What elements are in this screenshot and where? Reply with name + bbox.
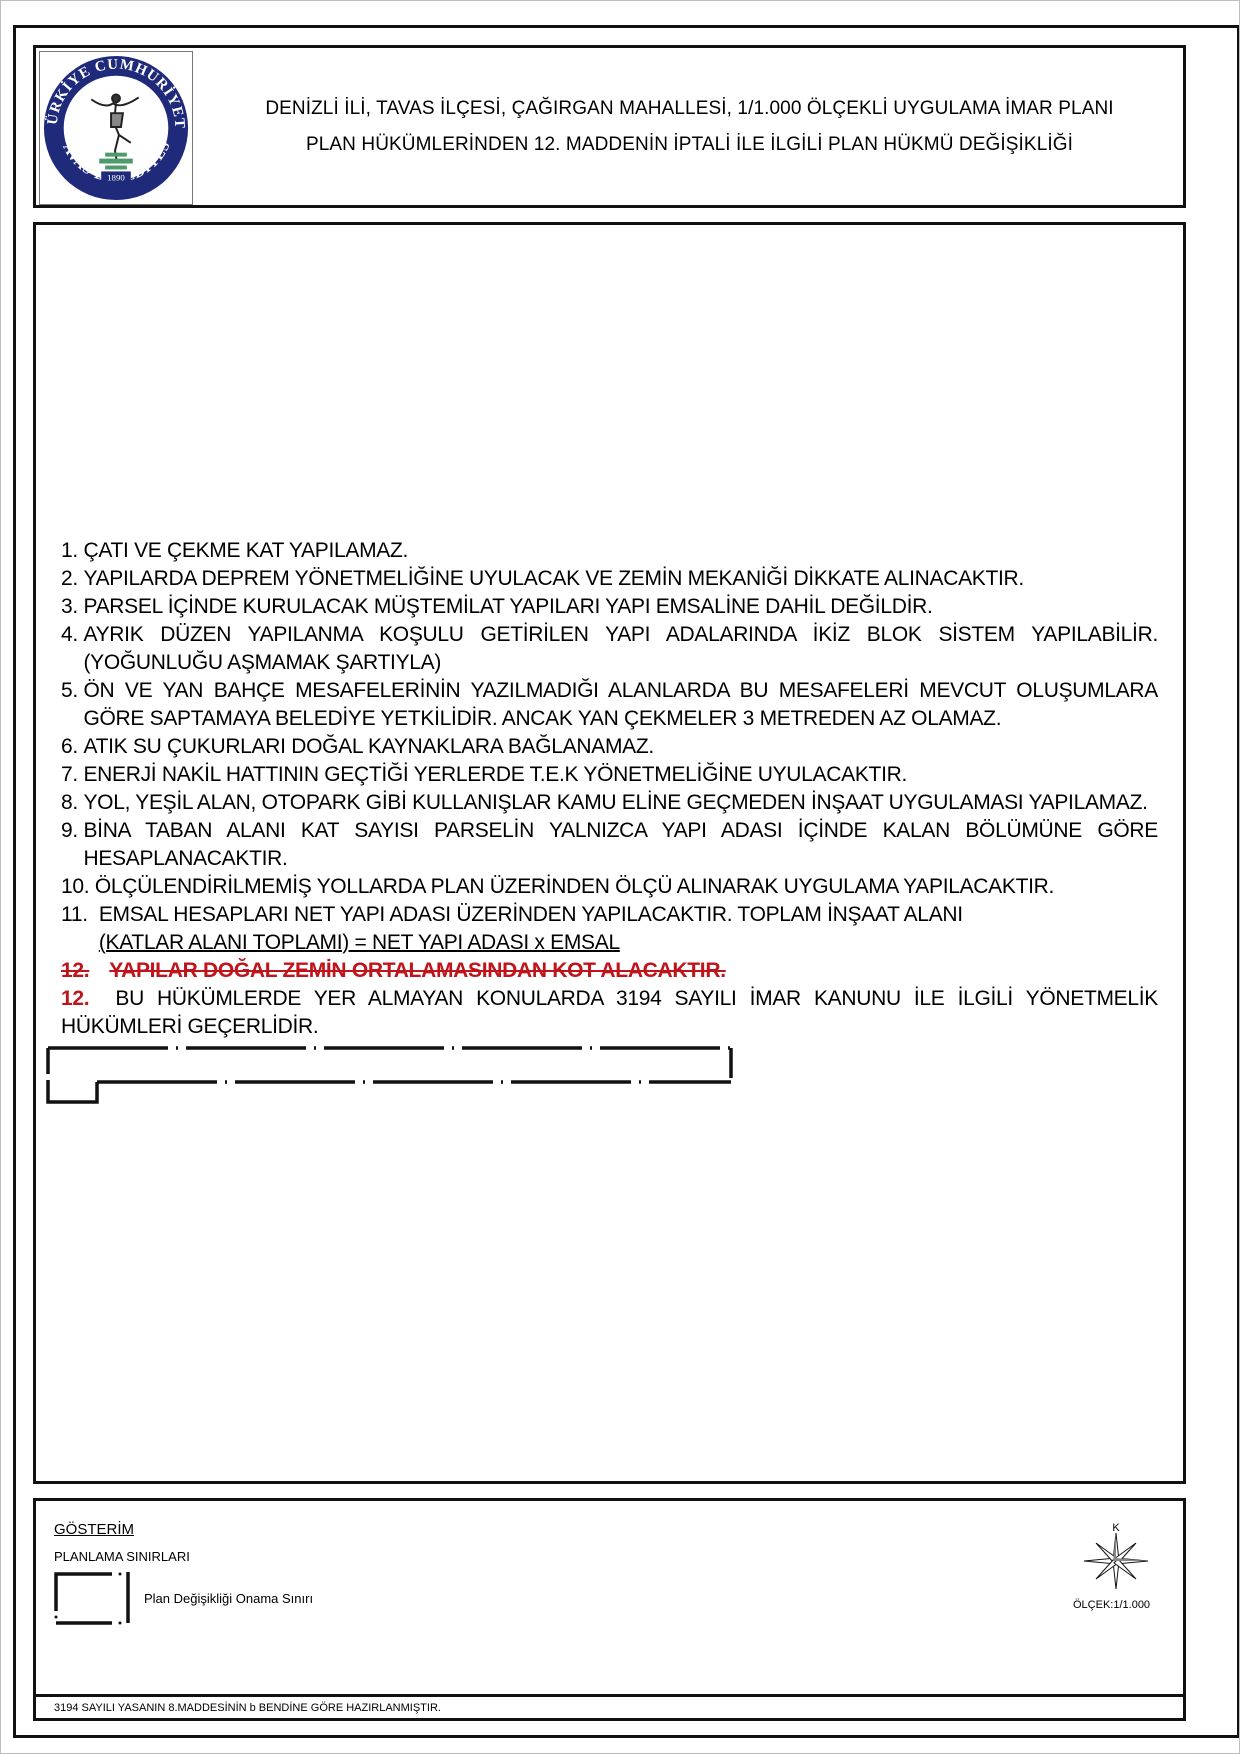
provision-item: 10. ÖLÇÜLENDİRİLMEMİŞ YOLLARDA PLAN ÜZER…: [61, 873, 1158, 901]
plan-title: DENİZLİ İLİ, TAVAS İLÇESİ, ÇAĞIRGAN MAHA…: [196, 48, 1183, 205]
approval-boundary-outline: [45, 1040, 735, 1105]
provision-item: 6. ATIK SU ÇUKURLARI DOĞAL KAYNAKLARA BA…: [61, 733, 1158, 761]
footer-note-panel: 3194 SAYILI YASANIN 8.MADDESİNİN b BENDİ…: [33, 1694, 1186, 1721]
title-line-2: PLAN HÜKÜMLERİNDEN 12. MADDENİN İPTALİ İ…: [306, 127, 1073, 163]
legend-section-title: PLANLAMA SINIRLARI: [54, 1549, 190, 1564]
provision-item: 1. ÇATI VE ÇEKME KAT YAPILAMAZ.: [61, 537, 1158, 565]
compass-rose-icon: K: [1076, 1521, 1156, 1593]
dash-dot-boundary-icon: [52, 1569, 130, 1627]
provision-item: 7. ENERJİ NAKİL HATTININ GEÇTİĞİ YERLERD…: [61, 761, 1158, 789]
provision-item: 9. BİNA TABAN ALANI KAT SAYISI PARSELİN …: [61, 817, 1158, 873]
title-line-1: DENİZLİ İLİ, TAVAS İLÇESİ, ÇAĞIRGAN MAHA…: [265, 91, 1113, 127]
provisions-list: 1. ÇATI VE ÇEKME KAT YAPILAMAZ. 2. YAPIL…: [61, 537, 1158, 1041]
legend-panel: GÖSTERİM PLANLAMA SINIRLARI Plan Değişik…: [33, 1498, 1186, 1694]
new-provision-12: 12. BU HÜKÜMLERDE YER ALMAYAN KONULARDA …: [61, 985, 1158, 1041]
provision-item: 5. ÖN VE YAN BAHÇE MESAFELERİNİN YAZILMA…: [61, 677, 1158, 733]
svg-text:1890: 1890: [107, 172, 125, 182]
plan-provisions-panel: 1. ÇATI VE ÇEKME KAT YAPILAMAZ. 2. YAPIL…: [33, 222, 1186, 1484]
title-block: TÜRKİYE CUMHURİYETİ TAVAS BELEDİYESİ 189…: [33, 45, 1186, 208]
provision-item: 4. AYRIK DÜZEN YAPILANMA KOŞULU GETİRİLE…: [61, 621, 1158, 677]
provision-item: 2. YAPILARDA DEPREM YÖNETMELİĞİNE UYULAC…: [61, 565, 1158, 593]
legend-title: GÖSTERİM: [54, 1521, 134, 1538]
provision-item: 8. YOL, YEŞİL ALAN, OTOPARK GİBİ KULLANI…: [61, 789, 1158, 817]
cancelled-provision-12: 12.YAPILAR DOĞAL ZEMİN ORTALAMASINDAN KO…: [61, 957, 1158, 985]
provision-item: 3. PARSEL İÇİNDE KURULACAK MÜŞTEMİLAT YA…: [61, 593, 1158, 621]
legend-item-label: Plan Değişikliği Onama Sınırı: [144, 1591, 313, 1606]
provision-item: 11. EMSAL HESAPLARI NET YAPI ADASI ÜZERİ…: [61, 901, 1158, 957]
municipality-seal-icon: TÜRKİYE CUMHURİYETİ TAVAS BELEDİYESİ 189…: [39, 51, 193, 205]
footer-note: 3194 SAYILI YASANIN 8.MADDESİNİN b BENDİ…: [54, 1702, 441, 1714]
scale-label: ÖLÇEK:1/1.000: [1073, 1599, 1150, 1611]
svg-text:K: K: [1112, 1522, 1120, 1534]
